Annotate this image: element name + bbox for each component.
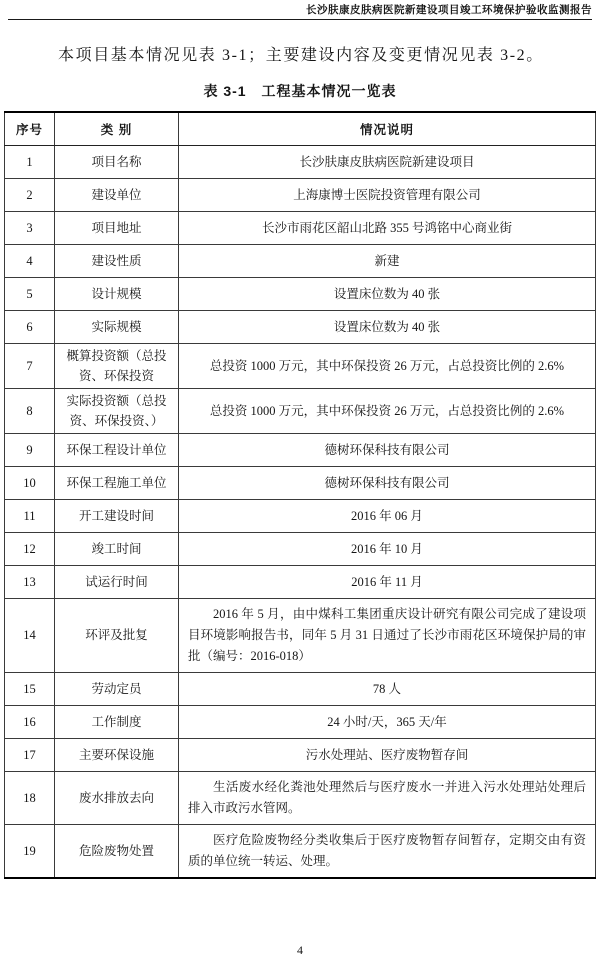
- description-cell: 2016 年 06 月: [179, 499, 596, 532]
- category-cell: 实际规模: [55, 310, 179, 343]
- category-cell: 劳动定员: [55, 672, 179, 705]
- description-cell: 德树环保科技有限公司: [179, 466, 596, 499]
- column-header-category: 类 别: [55, 112, 179, 145]
- table-row: 1项目名称长沙肤康皮肤病医院新建设项目: [5, 145, 596, 178]
- table-row: 9环保工程设计单位德树环保科技有限公司: [5, 433, 596, 466]
- row-number-cell: 15: [5, 672, 55, 705]
- running-header: 长沙肤康皮肤病医院新建设项目竣工环境保护验收监测报告: [8, 0, 592, 20]
- row-number-cell: 8: [5, 388, 55, 433]
- category-cell: 竣工时间: [55, 532, 179, 565]
- description-cell: 德树环保科技有限公司: [179, 433, 596, 466]
- table-row: 17主要环保设施污水处理站、医疗废物暂存间: [5, 738, 596, 771]
- table-row: 12竣工时间2016 年 10 月: [5, 532, 596, 565]
- category-cell: 建设性质: [55, 244, 179, 277]
- category-cell: 设计规模: [55, 277, 179, 310]
- category-cell: 危险废物处置: [55, 824, 179, 878]
- row-number-cell: 7: [5, 343, 55, 388]
- description-cell: 长沙肤康皮肤病医院新建设项目: [179, 145, 596, 178]
- category-cell: 建设单位: [55, 178, 179, 211]
- running-header-title: 长沙肤康皮肤病医院新建设项目竣工环境保护验收监测报告: [306, 4, 592, 16]
- category-cell: 废水排放去向: [55, 771, 179, 824]
- row-number-cell: 5: [5, 277, 55, 310]
- intro-paragraph: 本项目基本情况见表 3-1；主要建设内容及变更情况见表 3-2。: [26, 45, 574, 67]
- category-cell: 试运行时间: [55, 565, 179, 598]
- table-row: 2建设单位上海康博士医院投资管理有限公司: [5, 178, 596, 211]
- row-number-cell: 13: [5, 565, 55, 598]
- project-basic-info-table: 序号 类 别 情况说明 1项目名称长沙肤康皮肤病医院新建设项目2建设单位上海康博…: [4, 111, 596, 879]
- category-cell: 概算投资额（总投资、环保投资: [55, 343, 179, 388]
- page-number: 4: [0, 943, 600, 958]
- row-number-cell: 17: [5, 738, 55, 771]
- table-header-row: 序号 类 别 情况说明: [5, 112, 596, 145]
- description-cell: 设置床位数为 40 张: [179, 277, 596, 310]
- row-number-cell: 1: [5, 145, 55, 178]
- row-number-cell: 19: [5, 824, 55, 878]
- row-number-cell: 12: [5, 532, 55, 565]
- description-cell: 医疗危险废物经分类收集后于医疗废物暂存间暂存，定期交由有资质的单位统一转运、处理…: [179, 824, 596, 878]
- row-number-cell: 11: [5, 499, 55, 532]
- table-row: 18废水排放去向生活废水经化粪池处理然后与医疗废水一并进入污水处理站处理后排入市…: [5, 771, 596, 824]
- category-cell: 主要环保设施: [55, 738, 179, 771]
- category-cell: 环评及批复: [55, 598, 179, 672]
- row-number-cell: 9: [5, 433, 55, 466]
- table-row: 8实际投资额（总投资、环保投资、）总投资 1000 万元，其中环保投资 26 万…: [5, 388, 596, 433]
- description-cell: 24 小时/天，365 天/年: [179, 705, 596, 738]
- table-row: 11开工建设时间2016 年 06 月: [5, 499, 596, 532]
- table-row: 16工作制度24 小时/天，365 天/年: [5, 705, 596, 738]
- column-header-no: 序号: [5, 112, 55, 145]
- table-row: 5设计规模设置床位数为 40 张: [5, 277, 596, 310]
- description-cell: 2016 年 5 月，由中煤科工集团重庆设计研究有限公司完成了建设项目环境影响报…: [179, 598, 596, 672]
- category-cell: 环保工程设计单位: [55, 433, 179, 466]
- table-row: 14环评及批复2016 年 5 月，由中煤科工集团重庆设计研究有限公司完成了建设…: [5, 598, 596, 672]
- description-cell: 78 人: [179, 672, 596, 705]
- row-number-cell: 4: [5, 244, 55, 277]
- table-caption: 表 3-1 工程基本情况一览表: [0, 83, 600, 100]
- description-cell: 生活废水经化粪池处理然后与医疗废水一并进入污水处理站处理后排入市政污水管网。: [179, 771, 596, 824]
- category-cell: 工作制度: [55, 705, 179, 738]
- row-number-cell: 10: [5, 466, 55, 499]
- table-row: 7概算投资额（总投资、环保投资总投资 1000 万元，其中环保投资 26 万元，…: [5, 343, 596, 388]
- category-cell: 项目地址: [55, 211, 179, 244]
- table-row: 15劳动定员78 人: [5, 672, 596, 705]
- category-cell: 环保工程施工单位: [55, 466, 179, 499]
- description-cell: 总投资 1000 万元，其中环保投资 26 万元，占总投资比例的 2.6%: [179, 343, 596, 388]
- description-cell: 设置床位数为 40 张: [179, 310, 596, 343]
- table-row: 19危险废物处置医疗危险废物经分类收集后于医疗废物暂存间暂存，定期交由有资质的单…: [5, 824, 596, 878]
- column-header-description: 情况说明: [179, 112, 596, 145]
- category-cell: 开工建设时间: [55, 499, 179, 532]
- description-cell: 新建: [179, 244, 596, 277]
- row-number-cell: 3: [5, 211, 55, 244]
- table-row: 10环保工程施工单位德树环保科技有限公司: [5, 466, 596, 499]
- description-cell: 长沙市雨花区韶山北路 355 号鸿铭中心商业街: [179, 211, 596, 244]
- category-cell: 实际投资额（总投资、环保投资、）: [55, 388, 179, 433]
- document-page: 长沙肤康皮肤病医院新建设项目竣工环境保护验收监测报告 本项目基本情况见表 3-1…: [0, 0, 600, 964]
- description-cell: 污水处理站、医疗废物暂存间: [179, 738, 596, 771]
- row-number-cell: 14: [5, 598, 55, 672]
- table-row: 4建设性质新建: [5, 244, 596, 277]
- table-row: 13试运行时间2016 年 11 月: [5, 565, 596, 598]
- row-number-cell: 2: [5, 178, 55, 211]
- category-cell: 项目名称: [55, 145, 179, 178]
- description-cell: 上海康博士医院投资管理有限公司: [179, 178, 596, 211]
- table-row: 3项目地址长沙市雨花区韶山北路 355 号鸿铭中心商业街: [5, 211, 596, 244]
- description-cell: 2016 年 11 月: [179, 565, 596, 598]
- description-cell: 2016 年 10 月: [179, 532, 596, 565]
- table-row: 6实际规模设置床位数为 40 张: [5, 310, 596, 343]
- description-cell: 总投资 1000 万元，其中环保投资 26 万元，占总投资比例的 2.6%: [179, 388, 596, 433]
- row-number-cell: 18: [5, 771, 55, 824]
- row-number-cell: 6: [5, 310, 55, 343]
- row-number-cell: 16: [5, 705, 55, 738]
